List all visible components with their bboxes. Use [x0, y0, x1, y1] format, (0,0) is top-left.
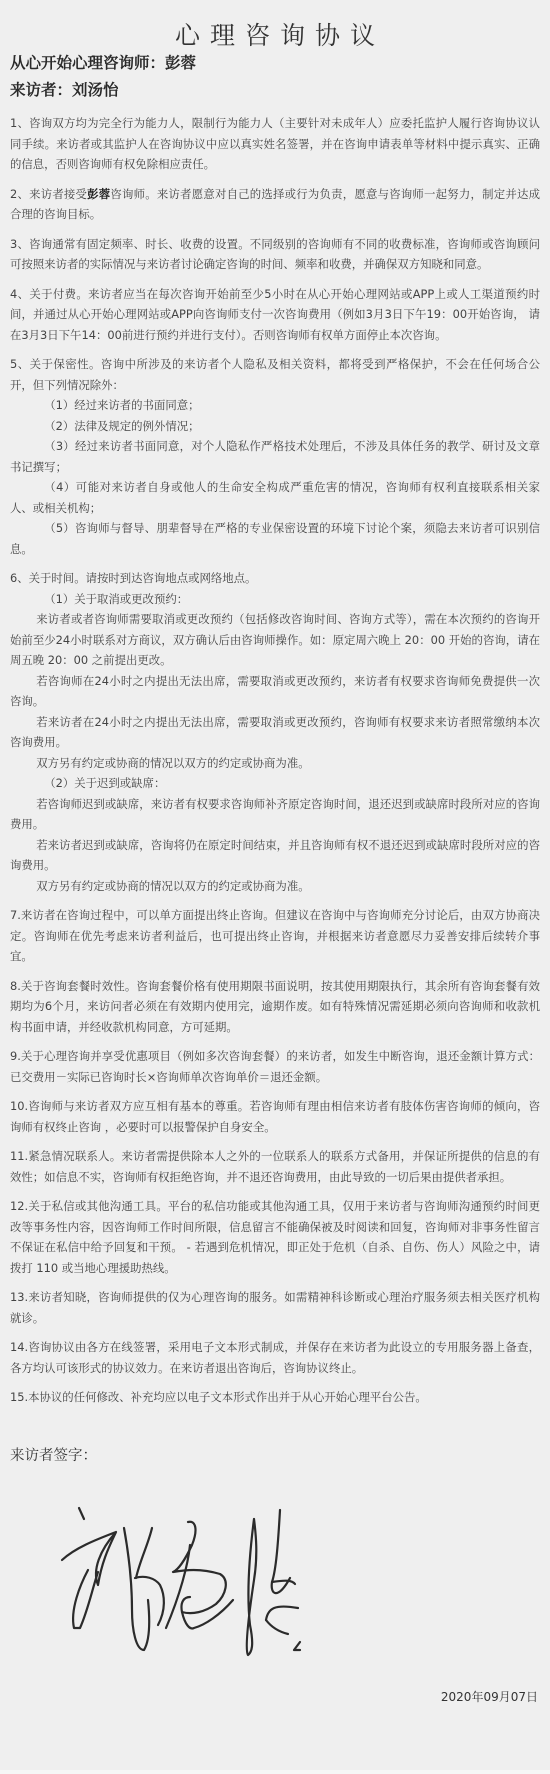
- confidentiality-exception: （1）经过来访者的书面同意；: [10, 395, 540, 416]
- clause-text: 8.关于咨询套餐时效性。咨询套餐价格有使用期限书面说明，按其使用期限执行，其余所…: [10, 976, 540, 1038]
- clause-10: 10.咨询师与来访者双方应互相有基本的尊重。若咨询师有理由相信来访者有肢体伤害咨…: [10, 1096, 540, 1137]
- subsection-paragraph: 若来访者迟到或缺席，咨询将仍在原定时间结束，并且咨询师有权不退还迟到或缺席时段所…: [10, 835, 540, 876]
- document-title: 心理咨询协议: [0, 19, 550, 53]
- clause-9: 9.关于心理咨询并享受优惠项目（例如多次咨询套餐）的来访者，如发生中断咨询，退还…: [10, 1046, 540, 1087]
- subsection-paragraph: 双方另有约定或协商的情况以双方的约定或协商为准。: [10, 753, 540, 774]
- subsection-paragraph: 若咨询师迟到或缺席，来访者有权要求咨询师补齐原定咨询时间，退还迟到或缺席时段所对…: [10, 794, 540, 835]
- agreement-page: 心理咨询协议 从心开始心理咨询师：彭蓉 来访者：刘汤怡 1、咨询双方均为完全行为…: [0, 0, 550, 1774]
- clause-6: 6、关于时间。请按时到达咨询地点或网络地点。 （1）关于取消或更改预约： 来访者…: [10, 568, 540, 896]
- clause-text: 11.紧急情况联系人。来访者需提供除本人之外的一位联系人的联系方式备用，并保证所…: [10, 1146, 540, 1187]
- clause-15: 15.本协议的任何修改、补充均应以电子文本形式作出并于从心开始心理平台公告。: [10, 1387, 540, 1408]
- clause-text: 7.来访者在咨询过程中，可以单方面提出终止咨询。但建议在咨询中与咨询师充分讨论后…: [10, 905, 540, 967]
- clause-2-prefix: 2、来访者接受: [10, 187, 87, 201]
- visitor-line: 来访者：刘汤怡: [10, 79, 119, 101]
- agreement-body: 1、咨询双方均为完全行为能力人，限制行为能力人（主要针对未成年人）应委托监护人履…: [10, 113, 540, 1417]
- clause-13: 13.来访者知晓，咨询师提供的仅为心理咨询的服务。如需精神科诊断或心理治疗服务须…: [10, 1287, 540, 1328]
- clause-8: 8.关于咨询套餐时效性。咨询套餐价格有使用期限书面说明，按其使用期限执行，其余所…: [10, 976, 540, 1038]
- counselor-name-highlight: 彭蓉: [87, 187, 110, 201]
- clause-text: 2、来访者接受彭蓉咨询师。来访者愿意对自己的选择或行为负责，愿意与咨询师一起努力…: [10, 184, 540, 225]
- confidentiality-exception: （4）可能对来访者自身或他人的生命安全构成严重危害的情况，咨询师有权利直接联系相…: [10, 477, 540, 518]
- clause-1: 1、咨询双方均为完全行为能力人，限制行为能力人（主要针对未成年人）应委托监护人履…: [10, 113, 540, 175]
- clause-3: 3、咨询通常有固定频率、时长、收费的设置。不同级别的咨询师有不同的收费标准，咨询…: [10, 234, 540, 275]
- subsection-paragraph: 来访者或者咨询师需要取消或更改预约（包括修改咨询时间、咨询方式等），需在本次预约…: [10, 609, 540, 671]
- confidentiality-exception: （2）法律及规定的例外情况；: [10, 416, 540, 437]
- clause-text: 4、关于付费。来访者应当在每次咨询开始前至少5小时在从心开始心理网站或APP上或…: [10, 284, 540, 346]
- subsection-title: （2）关于迟到或缺席：: [10, 773, 540, 794]
- handwritten-signature: [40, 1500, 310, 1680]
- confidentiality-exception: （3）经过来访者书面同意，对个人隐私作严格技术处理后，不涉及具体任务的教学、研讨…: [10, 436, 540, 477]
- clause-text: 14.咨询协议由各方在线签署，采用电子文本形式制成，并保存在来访者为此设立的专用…: [10, 1337, 540, 1378]
- clause-text: 15.本协议的任何修改、补充均应以电子文本形式作出并于从心开始心理平台公告。: [10, 1387, 540, 1408]
- clause-7: 7.来访者在咨询过程中，可以单方面提出终止咨询。但建议在咨询中与咨询师充分讨论后…: [10, 905, 540, 967]
- signature-label: 来访者签字：: [10, 1445, 97, 1467]
- signature-date: 2020年09月07日: [441, 1688, 538, 1705]
- clause-text: 13.来访者知晓，咨询师提供的仅为心理咨询的服务。如需精神科诊断或心理治疗服务须…: [10, 1287, 540, 1328]
- subsection-title: （1）关于取消或更改预约：: [10, 589, 540, 610]
- clause-text: 10.咨询师与来访者双方应互相有基本的尊重。若咨询师有理由相信来访者有肢体伤害咨…: [10, 1096, 540, 1137]
- clause-5: 5、关于保密性。咨询中所涉及的来访者个人隐私及相关资料，都将受到严格保护，不会在…: [10, 354, 540, 559]
- subsection-paragraph: 若来访者在24小时之内提出无法出席，需要取消或更改预约，咨询师有权要求来访者照常…: [10, 712, 540, 753]
- counselor-line: 从心开始心理咨询师：彭蓉: [10, 52, 196, 74]
- clause-14: 14.咨询协议由各方在线签署，采用电子文本形式制成，并保存在来访者为此设立的专用…: [10, 1337, 540, 1378]
- clause-4: 4、关于付费。来访者应当在每次咨询开始前至少5小时在从心开始心理网站或APP上或…: [10, 284, 540, 346]
- clause-intro: 5、关于保密性。咨询中所涉及的来访者个人隐私及相关资料，都将受到严格保护，不会在…: [10, 354, 540, 395]
- page-bottom-edge: [0, 1770, 550, 1774]
- clause-12: 12.关于私信或其他沟通工具。平台的私信功能或其他沟通工具，仅用于来访者与咨询师…: [10, 1196, 540, 1278]
- clause-text: 12.关于私信或其他沟通工具。平台的私信功能或其他沟通工具，仅用于来访者与咨询师…: [10, 1196, 540, 1278]
- clause-11: 11.紧急情况联系人。来访者需提供除本人之外的一位联系人的联系方式备用，并保证所…: [10, 1146, 540, 1187]
- clause-text: 9.关于心理咨询并享受优惠项目（例如多次咨询套餐）的来访者，如发生中断咨询，退还…: [10, 1046, 540, 1087]
- clause-intro: 6、关于时间。请按时到达咨询地点或网络地点。: [10, 568, 540, 589]
- subsection-paragraph: 若咨询师在24小时之内提出无法出席，需要取消或更改预约，来访者有权要求咨询师免费…: [10, 671, 540, 712]
- confidentiality-exception: （5）咨询师与督导、朋辈督导在严格的专业保密设置的环境下讨论个案，须隐去来访者可…: [10, 518, 540, 559]
- clause-text: 3、咨询通常有固定频率、时长、收费的设置。不同级别的咨询师有不同的收费标准，咨询…: [10, 234, 540, 275]
- subsection-paragraph: 双方另有约定或协商的情况以双方的约定或协商为准。: [10, 876, 540, 897]
- clause-text: 1、咨询双方均为完全行为能力人，限制行为能力人（主要针对未成年人）应委托监护人履…: [10, 113, 540, 175]
- clause-2: 2、来访者接受彭蓉咨询师。来访者愿意对自己的选择或行为负责，愿意与咨询师一起努力…: [10, 184, 540, 225]
